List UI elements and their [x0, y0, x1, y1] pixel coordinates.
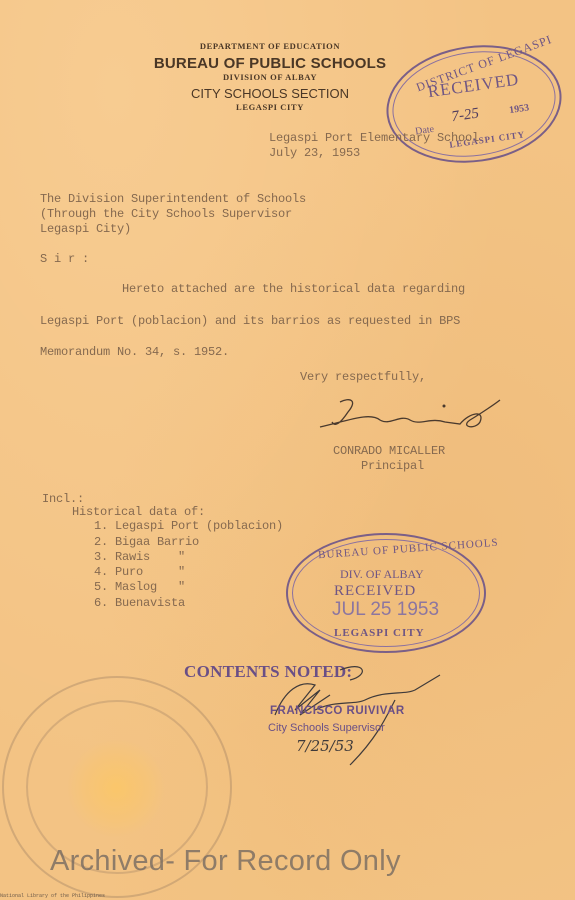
principal-title: Principal	[361, 459, 424, 474]
body-line-3: Memorandum No. 34, s. 1952.	[40, 345, 229, 360]
school-name: Legaspi Port Elementary School	[269, 131, 479, 146]
inclosure-item: 5. Maslog "	[94, 580, 185, 595]
stamp-division-date: JUL 25 1953	[332, 599, 439, 621]
principal-name: CONRADO MICALLER	[333, 444, 445, 459]
city-heading: LEGASPI CITY	[140, 102, 400, 112]
inclosure-item: 1. Legaspi Port (poblacion)	[94, 519, 283, 534]
addressee-line-1: The Division Superintendent of Schools	[40, 192, 306, 207]
letter-date: July 23, 1953	[269, 146, 360, 161]
division-heading: DIVISION OF ALBAY	[140, 72, 400, 82]
addressee-line-2: (Through the City Schools Supervisor	[40, 207, 292, 222]
noted-date: 7/25/53	[296, 737, 354, 755]
complimentary-close: Very respectfully,	[300, 370, 426, 385]
inclosures-heading: Historical data of:	[72, 505, 205, 520]
source-footer: National Library of the Philippines	[0, 893, 105, 899]
addressee-line-3: Legaspi City)	[40, 222, 131, 237]
body-line-2: Legaspi Port (poblacion) and its barrios…	[40, 314, 460, 329]
archived-watermark: Archived- For Record Only	[50, 845, 401, 878]
supervisor-title: City Schools Supervisor	[268, 722, 385, 734]
stamp-division-received: RECEIVED	[334, 583, 416, 600]
district-received-stamp: DISTRICT OF LEGASPI RECEIVED Date 7-25 1…	[379, 34, 569, 173]
body-line-1: Hereto attached are the historical data …	[122, 282, 465, 297]
sun-emblem-icon	[66, 738, 166, 838]
salutation: S i r :	[40, 252, 89, 267]
bureau-heading: BUREAU OF PUBLIC SCHOOLS	[140, 55, 400, 72]
principal-signature	[310, 392, 510, 442]
section-heading: CITY SCHOOLS SECTION	[140, 86, 400, 101]
inclosure-item: 6. Buenavista	[94, 596, 185, 611]
division-received-stamp: BUREAU OF PUBLIC SCHOOLS DIV. OF ALBAY R…	[286, 533, 486, 653]
supervisor-name: FRANCISCO RUIVIVAR	[270, 705, 405, 717]
stamp-division-bottom: LEGASPI CITY	[334, 627, 425, 639]
inclosure-item: 3. Rawis "	[94, 550, 185, 565]
stamp-division-name: DIV. OF ALBAY	[340, 567, 424, 582]
department-heading: DEPARTMENT OF EDUCATION	[140, 41, 400, 51]
inclosure-item: 4. Puro "	[94, 565, 185, 580]
inclosure-item: 2. Bigaa Barrio	[94, 535, 199, 550]
